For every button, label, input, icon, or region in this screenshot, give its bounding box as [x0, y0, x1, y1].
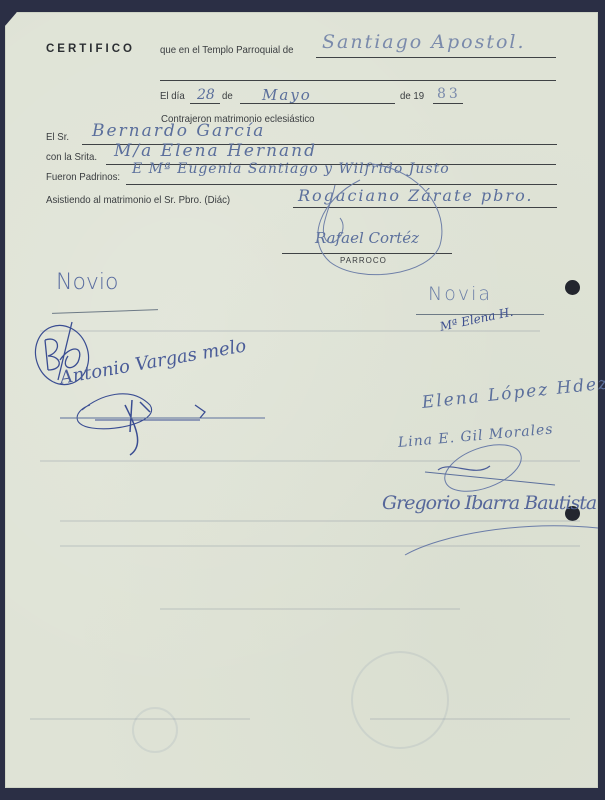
bleed-through-seals — [0, 0, 605, 800]
